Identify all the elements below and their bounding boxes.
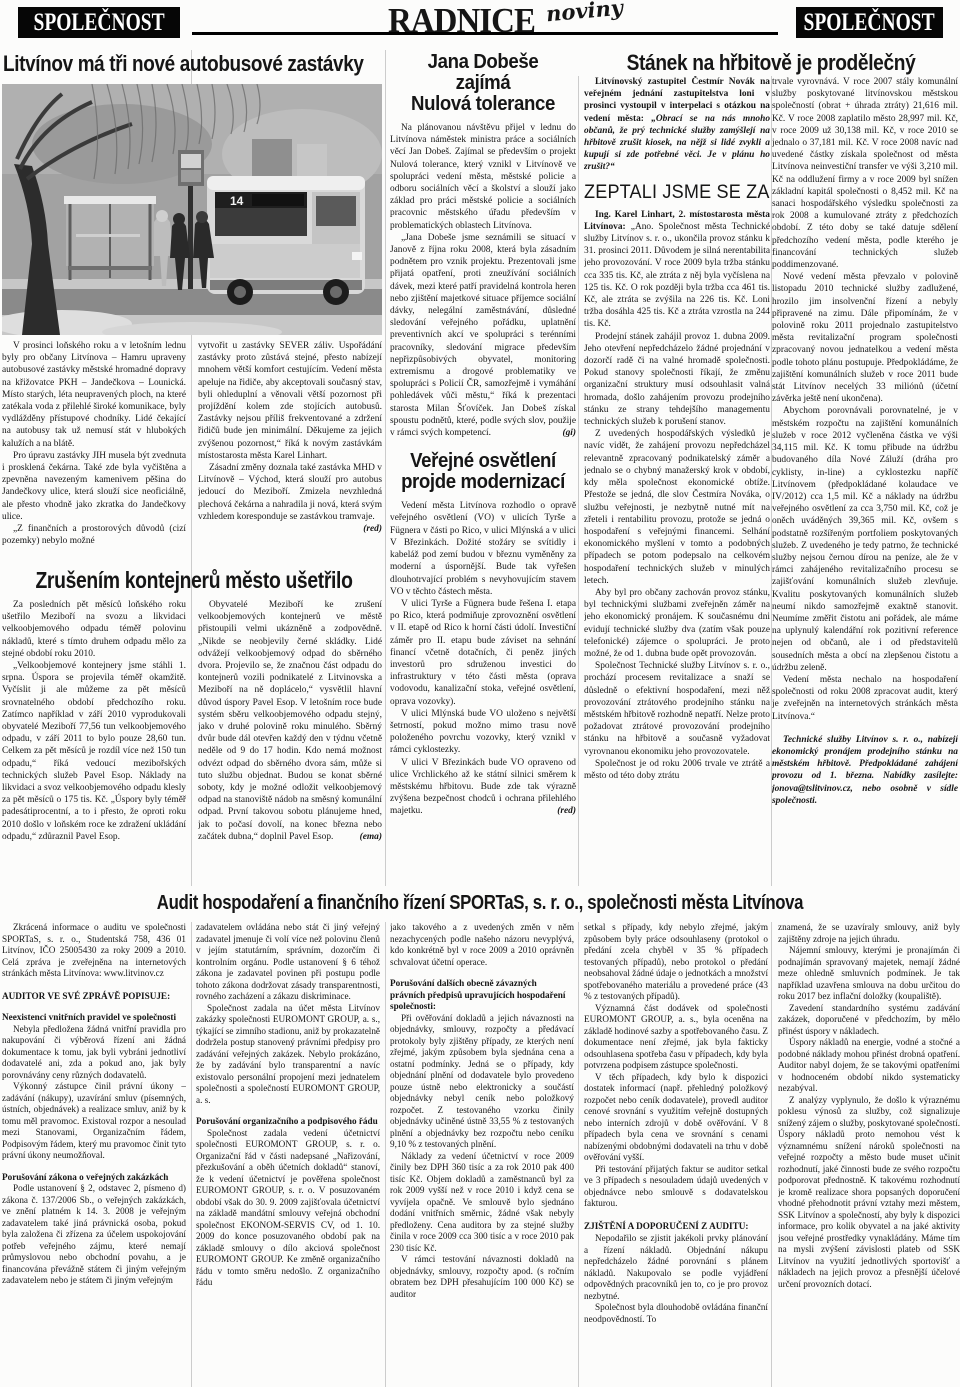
paragraph: Nájemní smlouvy, kterými je pronajímán č… (778, 945, 960, 1003)
kiosk-column-1: Litvínovský zastupitel Čestmír Novák na … (584, 76, 770, 886)
paragraph: „Velkoobjemové kontejnery jsme stáhli 1.… (2, 660, 186, 843)
column-divider (385, 50, 386, 886)
newspaper-page: SPOLEČNOST RADNICE noviny SPOLEČNOST Lit… (0, 0, 960, 1387)
paragraph: Náklady za vedení účetnictví v roce 2009… (390, 1151, 574, 1255)
column-divider (771, 922, 772, 1387)
paragraph: zadavatelem ovládána nebo stát či jiný v… (196, 922, 380, 1003)
subheading: Porušování organizačního a podpisového ř… (196, 1116, 380, 1128)
masthead-rule (192, 32, 778, 35)
paragraph: Při testování přijatých faktur se audito… (584, 1164, 768, 1210)
audit-column-1: Zkrácená informace o auditu ve společnos… (2, 922, 186, 1387)
subheading: Porušování zákona o veřejných zakázkách (2, 1172, 186, 1184)
author-signature: (red) (557, 805, 576, 817)
paragraph: Nepodařilo se zjistit jakékoli prvky plá… (584, 1233, 768, 1302)
paragraph: Vedení města nechalo na hospodaření spol… (772, 674, 958, 723)
column-divider (385, 922, 386, 1387)
section-banner-left: SPOLEČNOST (18, 7, 180, 38)
column-divider (578, 76, 579, 886)
bus-stop-photo-graphic: 14 (2, 84, 382, 335)
audit-column-2: zadavatelem ovládána nebo stát či jiný v… (196, 922, 380, 1387)
headline-bus-stops: Litvínov má tři nové autobusové zastávky (3, 51, 364, 77)
middle-column: Jana Dobeše zajímá Nulová tolerance Na p… (390, 51, 576, 887)
bus-stops-column-2: vytvořit u zastávky SEVER záliv. Uspořád… (198, 340, 382, 573)
paragraph: Obyvatelé Meziboří ke zrušení velkoobjem… (198, 599, 382, 843)
paragraph: Společnost zadala na účet města Litvínov… (196, 1003, 380, 1107)
paragraph: znamená, že se uzavíraly smlouvy, aniž b… (778, 922, 960, 945)
paragraph: „Z finančních a prostorových důvodů (ciz… (2, 523, 186, 547)
paragraph: Společnost zadala vedení účetnictví spol… (196, 1128, 380, 1289)
paragraph: „Jana Dobeše jsme seznámili se situací v… (390, 232, 576, 439)
headline-dobes: Jana Dobeše zajímá Nulová tolerance (390, 52, 576, 115)
paragraph: setkal s případy, kdy nebylo zřejmé, jak… (584, 922, 768, 1003)
headline-containers: Zrušením kontejnerů město ušetřilo (33, 567, 356, 594)
paragraph: V ulici Tyrše a Fügnera bude řešena I. e… (390, 598, 576, 708)
paragraph: Zásadní změny doznala také zastávka MHD … (198, 462, 382, 523)
paragraph: Z uvedených hospodářských výsledků je na… (584, 428, 770, 587)
author-signature: (red) (363, 523, 382, 535)
paragraph: V ulici V Březinkách bude VO opraveno od… (390, 757, 576, 818)
paragraph: Z analýzy vyplynulo, že došlo k výrazném… (778, 1095, 960, 1291)
subheading: Porušování dalších obecně závazných práv… (390, 978, 574, 1013)
column-divider (191, 922, 192, 1387)
paragraph: Prodejní stánek zahájil provoz 1. dubna … (584, 331, 770, 429)
paragraph: Litvínovský zastupitel Čestmír Novák na … (584, 76, 770, 174)
paragraph: Abychom porovnávali porovnatelné, je v m… (772, 405, 958, 673)
article-photo-bus-stop: 14 (2, 84, 382, 335)
paragraph: V rámci testování návaznosti dokladů na … (390, 1254, 574, 1300)
audit-column-5: znamená, že se uzavíraly smlouvy, aniž b… (778, 922, 960, 1387)
subheading: Neexistenci vnitřních pravidel ve společ… (2, 1012, 186, 1024)
column-divider (578, 922, 579, 1387)
paragraph: Podle ustanovení § 2, odstavec 2, písmen… (2, 1183, 186, 1287)
audit-column-4: setkal s případy, kdy nebylo zřejmé, jak… (584, 922, 768, 1387)
paragraph: V prosinci loňského roku a v letošním le… (2, 340, 186, 450)
paragraph: Vedení města Litvínova rozhodlo o opravě… (390, 500, 576, 598)
paragraph: Zkrácená informace o auditu ve společnos… (2, 922, 186, 980)
audit-column-3: jako takového a z uvedených změn v něm n… (390, 922, 574, 1387)
author-signature: (gi) (562, 427, 576, 439)
paragraph: Společnost byla dlouhodobě ovládána fina… (584, 1302, 768, 1325)
paragraph: V ulici Mlýnská bude VO uloženo s největ… (390, 708, 576, 757)
rental-notice: Technické služby Litvínov s. r. o., nabí… (772, 734, 958, 807)
masthead-subtitle: noviny (545, 0, 624, 26)
paragraph: Zavedení standardního systému zadávání z… (778, 1003, 960, 1038)
paragraph: vytvořit u zastávky SEVER záliv. Uspořád… (198, 340, 382, 462)
paragraph: trvale vyrovnává. V roce 2007 stály komu… (772, 76, 958, 271)
kiosk-column-2: trvale vyrovnává. V roce 2007 stály komu… (772, 76, 958, 886)
containers-column-1: Za posledních pět měsíců loňského roku u… (2, 599, 186, 888)
paragraph: Společnost Technické služby Litvínov s. … (584, 660, 770, 758)
headline-audit: Audit hospodaření a finančního řízení SP… (77, 892, 883, 915)
paragraph: Ing. Karel Linhart, 2. místostarosta měs… (584, 209, 770, 331)
interview-rubric: ZEPTALI JSME SE ZA VÁS (584, 182, 761, 203)
lighting-article-body: Vedení města Litvínova rozhodlo o opravě… (390, 500, 576, 817)
dobes-article-body: Na plánovanou návštěvu přijel v lednu do… (390, 122, 576, 439)
paragraph: Nové vedení města převzalo v polovině li… (772, 271, 958, 405)
masthead-title: RADNICE (388, 1, 535, 41)
paragraph: Společnost je od roku 2006 trvale ve ztr… (584, 758, 770, 782)
bus-route-number: 14 (230, 194, 244, 208)
section-banner-right-label: SPOLEČNOST (804, 9, 935, 37)
headline-lighting: Veřejné osvětlení projde modernizací (390, 451, 576, 493)
containers-column-2: Obyvatelé Meziboří ke zrušení velkoobjem… (198, 599, 382, 888)
headline-kiosk: Stánek na hřbitově je prodělečný (608, 50, 933, 76)
paragraph: Na plánovanou návštěvu přijel v lednu do… (390, 122, 576, 232)
paragraph: Úspory nákladů na energie, vodné a stočn… (778, 1037, 960, 1095)
paragraph: Významná část dodávek od společnosti EUR… (584, 1003, 768, 1072)
section-banner-right: SPOLEČNOST (796, 7, 943, 38)
paragraph: Při ověřování dokladů a jejich návaznost… (390, 1013, 574, 1151)
paragraph: Aby byl pro občany zachován provoz stánk… (584, 587, 770, 660)
paragraph: Výkonný zástupce činil právní úkony – za… (2, 1081, 186, 1162)
paragraph: Pro úpravu zastávky JIH musela být zvedn… (2, 450, 186, 523)
subheading: AUDITOR VE SVÉ ZPRÁVĚ POPISUJE: (2, 991, 186, 1003)
author-signature: (ema) (360, 831, 382, 843)
bus-stops-column-1: V prosinci loňského roku a v letošním le… (2, 340, 186, 573)
section-banner-left-label: SPOLEČNOST (33, 9, 164, 37)
paragraph: Nebyla předložena žádná vnitřní pravidla… (2, 1024, 186, 1082)
paragraph: V těch případech, kdy bylo k dispozici d… (584, 1072, 768, 1164)
paragraph: Za posledních pět měsíců loňského roku u… (2, 599, 186, 660)
paragraph: jako takového a z uvedených změn v něm n… (390, 922, 574, 968)
subheading: ZJIŠTĚNÍ A DOPORUČENÍ Z AUDITU: (584, 1221, 768, 1233)
